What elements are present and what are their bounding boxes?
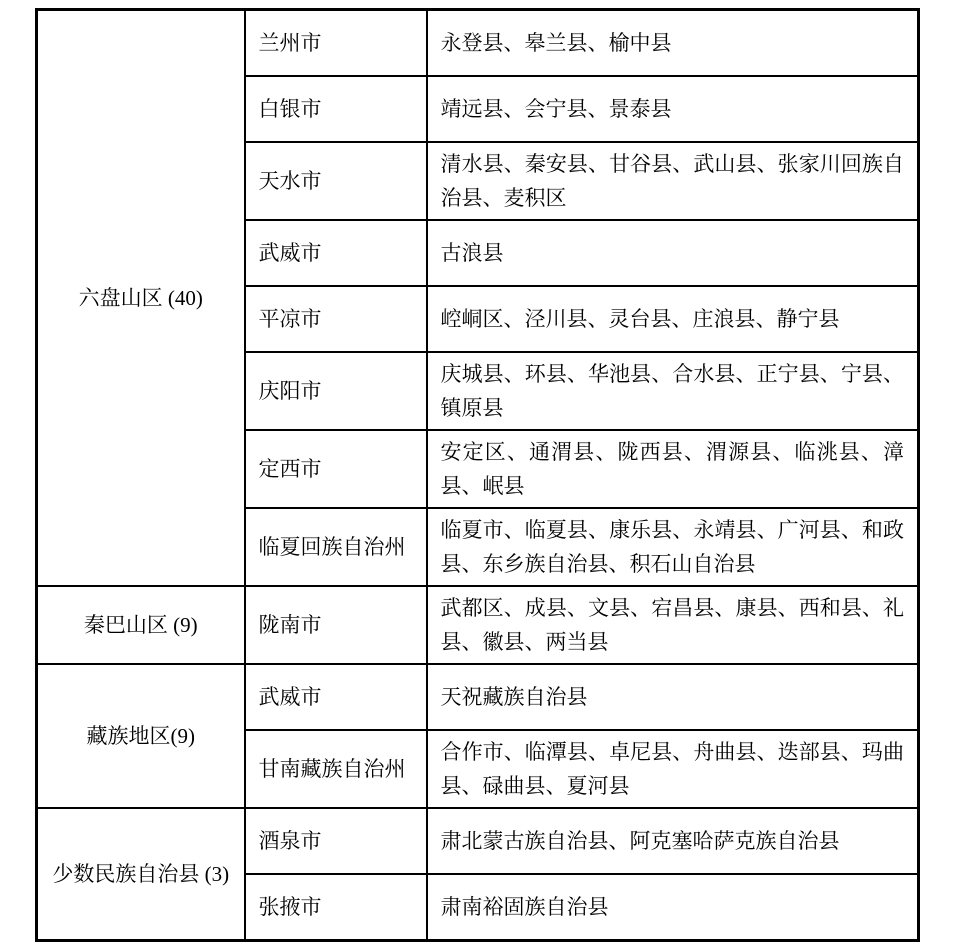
region-county-table: 六盘山区 (40)兰州市永登县、皋兰县、榆中县白银市靖远县、会宁县、景泰县天水市… [35, 8, 920, 942]
city-cell: 酒泉市 [245, 808, 427, 874]
counties-cell: 肃北蒙古族自治县、阿克塞哈萨克族自治县 [427, 808, 919, 874]
table-row: 少数民族自治县 (3)酒泉市肃北蒙古族自治县、阿克塞哈萨克族自治县 [37, 808, 919, 874]
city-cell: 武威市 [245, 664, 427, 730]
group-label-cell: 藏族地区(9) [37, 664, 245, 808]
counties-cell: 天祝藏族自治县 [427, 664, 919, 730]
group-label-cell: 秦巴山区 (9) [37, 586, 245, 664]
city-cell: 天水市 [245, 142, 427, 220]
table-row: 藏族地区(9)武威市天祝藏族自治县 [37, 664, 919, 730]
counties-cell: 武都区、成县、文县、宕昌县、康县、西和县、礼县、徽县、两当县 [427, 586, 919, 664]
table-row: 六盘山区 (40)兰州市永登县、皋兰县、榆中县 [37, 10, 919, 77]
counties-cell: 崆峒区、泾川县、灵台县、庄浪县、静宁县 [427, 286, 919, 352]
counties-cell: 安定区、通渭县、陇西县、渭源县、临洮县、漳县、岷县 [427, 430, 919, 508]
group-label-cell: 少数民族自治县 (3) [37, 808, 245, 941]
counties-cell: 古浪县 [427, 220, 919, 286]
counties-cell: 靖远县、会宁县、景泰县 [427, 76, 919, 142]
city-cell: 张掖市 [245, 874, 427, 941]
city-cell: 庆阳市 [245, 352, 427, 430]
city-cell: 平凉市 [245, 286, 427, 352]
city-cell: 临夏回族自治州 [245, 508, 427, 586]
city-cell: 武威市 [245, 220, 427, 286]
counties-cell: 永登县、皋兰县、榆中县 [427, 10, 919, 77]
city-cell: 白银市 [245, 76, 427, 142]
city-cell: 兰州市 [245, 10, 427, 77]
counties-cell: 肃南裕固族自治县 [427, 874, 919, 941]
city-cell: 甘南藏族自治州 [245, 730, 427, 808]
table-row: 秦巴山区 (9)陇南市武都区、成县、文县、宕昌县、康县、西和县、礼县、徽县、两当… [37, 586, 919, 664]
city-cell: 陇南市 [245, 586, 427, 664]
counties-cell: 合作市、临潭县、卓尼县、舟曲县、迭部县、玛曲县、碌曲县、夏河县 [427, 730, 919, 808]
counties-cell: 清水县、秦安县、甘谷县、武山县、张家川回族自治县、麦积区 [427, 142, 919, 220]
counties-cell: 临夏市、临夏县、康乐县、永靖县、广河县、和政县、东乡族自治县、积石山自治县 [427, 508, 919, 586]
region-table-body: 六盘山区 (40)兰州市永登县、皋兰县、榆中县白银市靖远县、会宁县、景泰县天水市… [37, 10, 919, 941]
group-label-cell: 六盘山区 (40) [37, 10, 245, 587]
counties-cell: 庆城县、环县、华池县、合水县、正宁县、宁县、镇原县 [427, 352, 919, 430]
city-cell: 定西市 [245, 430, 427, 508]
